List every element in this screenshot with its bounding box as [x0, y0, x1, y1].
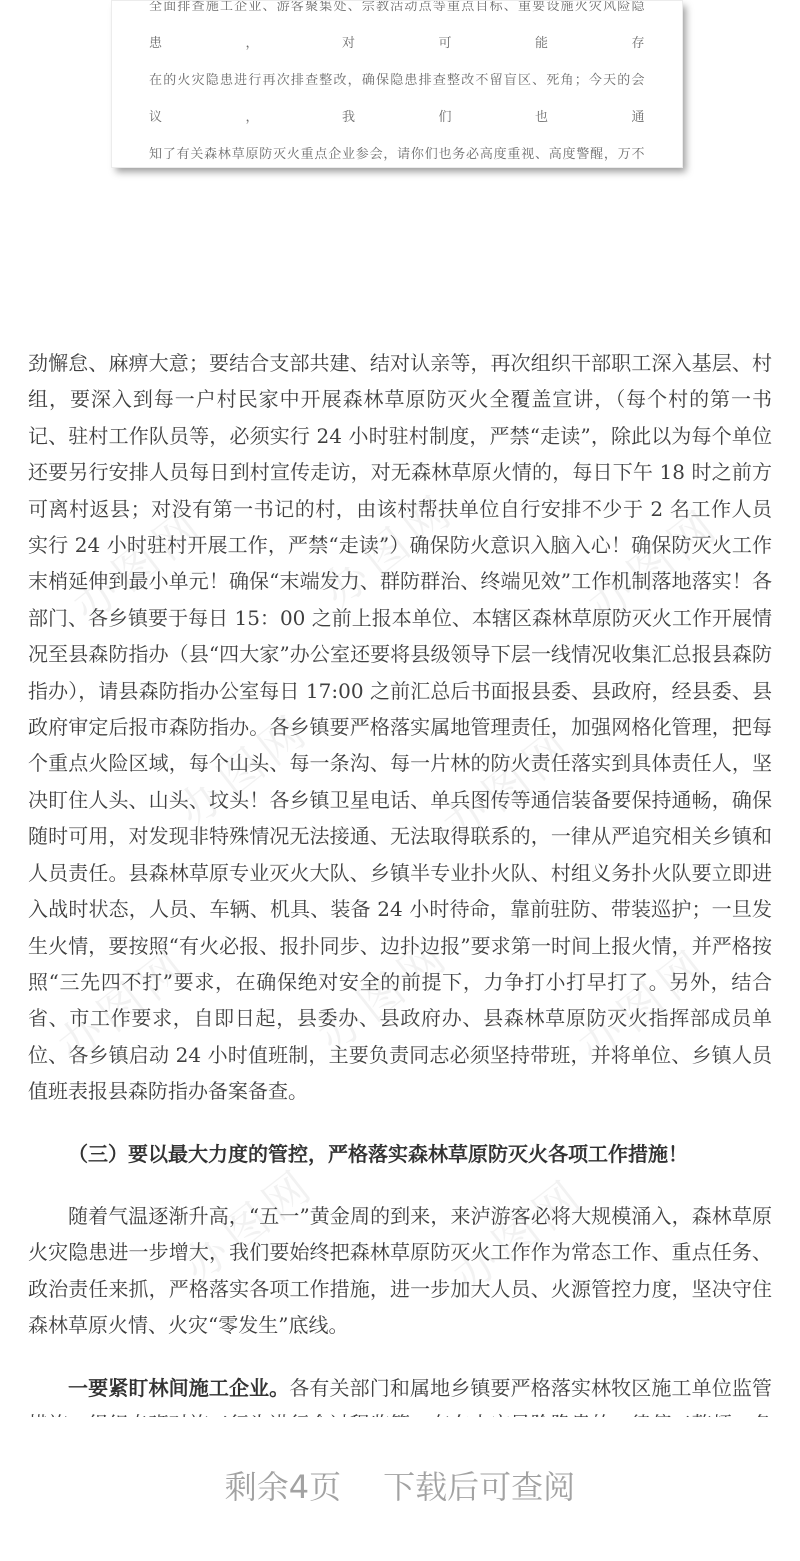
paragraph-continuation: 劲懈怠、麻痹大意；要结合支部共建、结对认亲等，再次组织干部职工深入基层、村组，要…	[28, 345, 772, 1110]
paragraph-bold-lead: 一要紧盯林间施工企业。	[68, 1376, 289, 1400]
remaining-pages-count: 剩余4页	[225, 1468, 341, 1506]
preview-line: 知了有关森林草原防灭火重点企业参会，请你们也务必高度重视、高度警醒，万不可有半点…	[149, 136, 645, 168]
remaining-pages-notice: 剩余4页下载后可查阅	[0, 1462, 800, 1508]
page-1-preview-text: 全面排查施工企业、游客聚集处、宗教活动点等重点目标、重要设施火灾风险隐患，对可能…	[112, 0, 682, 168]
page-1-preview-card: 全面排查施工企业、游客聚集处、宗教活动点等重点目标、重要设施火灾风险隐患，对可能…	[111, 0, 683, 168]
section-heading: （三）要以最大力度的管控，严格落实森林草原防灭火各项工作措施！	[28, 1136, 772, 1172]
document-body: 劲懈怠、麻痹大意；要结合支部共建、结对认亲等，再次组织干部职工深入基层、村组，要…	[28, 345, 772, 1417]
preview-line: 全面排查施工企业、游客聚集处、宗教活动点等重点目标、重要设施火灾风险隐患，对可能…	[149, 0, 645, 62]
paragraph: 随着气温逐渐升高，“五一”黄金周的到来，来泸游客必将大规模涌入，森林草原火灾隐患…	[28, 1198, 772, 1344]
document-preview-page: { "preview_page": { "lines": [ "全面排查施工企业…	[0, 0, 800, 1561]
paragraph: 一要紧盯林间施工企业。各有关部门和属地乡镇要严格落实林牧区施工单位监管措施，组织…	[28, 1370, 772, 1417]
download-hint: 下载后可查阅	[383, 1468, 575, 1506]
preview-line: 在的火灾隐患进行再次排查整改，确保隐患排查整改不留盲区、死角；今天的会议，我们也…	[149, 62, 645, 136]
